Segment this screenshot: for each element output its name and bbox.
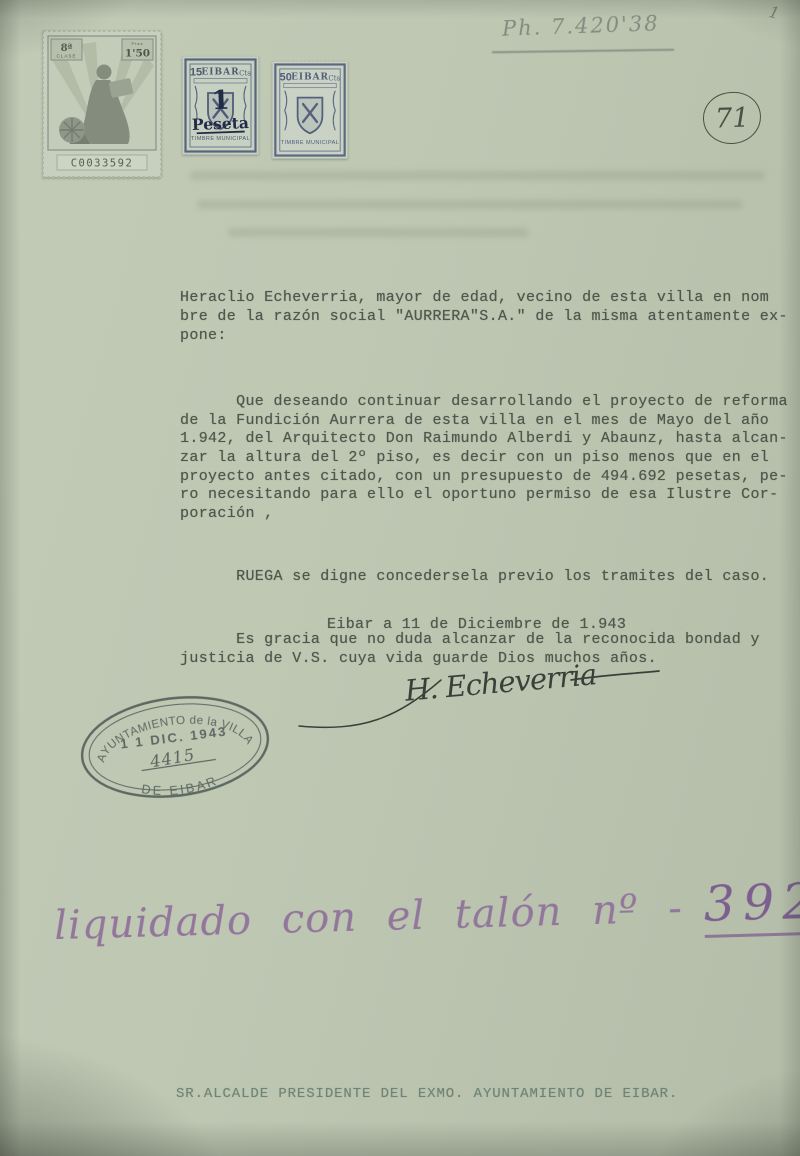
revenue-stamp: 8ª CLASE Ptas 1'50 C0033592 [42, 30, 162, 178]
stamp-value: 1'50 [125, 48, 150, 60]
stamp-footer: TIMBRE MUNICIPAL [191, 136, 250, 142]
stamp-value: 15 [190, 67, 202, 79]
signature: H. Echeverria [293, 638, 665, 734]
registry-date-stamp: AYUNTAMIENTO de la VILLA 1 1 DIC. 1943 4… [70, 680, 280, 813]
stamp-city-name: EIBAR [201, 68, 239, 78]
dateline: Eibar a 11 de Diciembre de 1.943 [327, 616, 626, 635]
pencil-reference-number: Ph. 7.420'38 [502, 11, 660, 40]
value-tablet: Ptas 1'50 [122, 39, 153, 60]
bleed-through-line [190, 171, 765, 180]
bleed-through-line [228, 228, 528, 237]
corner-page-number: 1 [767, 2, 781, 23]
stamp-unit: Cts [328, 74, 340, 82]
registry-stamp-number: 4415 [148, 745, 197, 772]
stamp-footer: TIMBRE MUNICIPAL [281, 140, 339, 146]
scanned-document-page: 8ª CLASE Ptas 1'50 C0033592 15 EIBAR Cts [0, 0, 800, 1156]
stamp-serial-number: C0033592 [71, 158, 134, 170]
stamp-value: 50 [280, 71, 292, 83]
folio-number-circle: 71 [701, 90, 762, 146]
stamp-class-value: 8ª [61, 43, 73, 54]
letter-paragraph: Que deseando continuar desarrollando el … [180, 393, 800, 524]
eibar-shield-icon [298, 98, 323, 134]
serial-band: C0033592 [57, 155, 147, 170]
svg-text:1: 1 [211, 86, 230, 117]
letter-paragraph: RUEGA se digne concedersela previo los t… [180, 568, 800, 587]
letter-paragraph: Heraclio Echeverria, mayor de edad, veci… [180, 289, 800, 345]
stamp-unit: Cts [239, 70, 251, 78]
folio-number: 71 [714, 102, 749, 134]
municipal-stamp-1-peseta: 15 EIBAR Cts TIMBRE MUNICIPAL 1 Peseta [182, 56, 259, 155]
liquidation-talon-number: 392 [703, 873, 800, 938]
municipal-stamp-50: 50 EIBAR Cts TIMBRE MUNICIPAL [271, 61, 349, 159]
liquidation-note: liquidado con el talón nº - 392 [53, 874, 778, 951]
stamp-city-name: EIBAR [291, 72, 329, 82]
pencil-reference-underline [492, 49, 674, 54]
liquidation-note-text: liquidado con el talón nº - [54, 886, 684, 950]
class-tablet: 8ª CLASE [51, 39, 82, 60]
addressee-line: SR.ALCALDE PRESIDENTE DEL EXMO. AYUNTAMI… [176, 1085, 678, 1104]
stamp-class-label: CLASE [56, 54, 76, 59]
stamp-currency-label: Ptas [131, 41, 143, 46]
signature-name: H. Echeverria [402, 657, 597, 708]
bleed-through-line [197, 200, 742, 209]
